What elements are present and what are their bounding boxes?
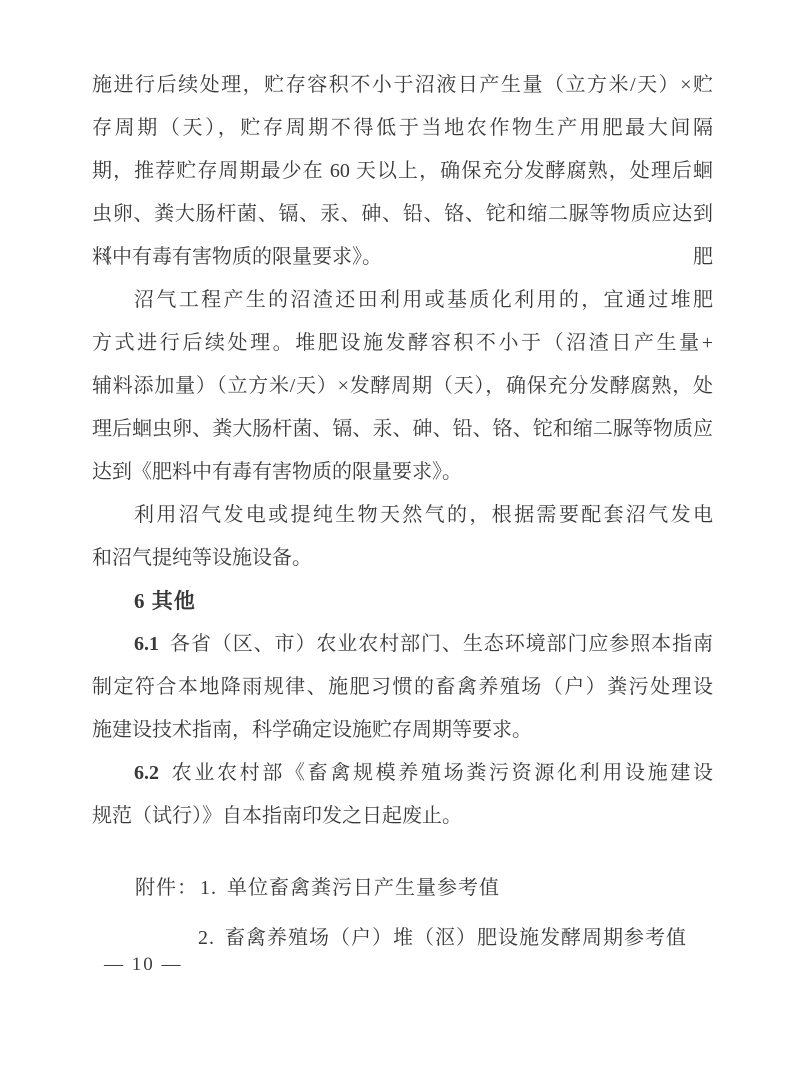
paragraph-biogas-residue: 沼气工程产生的沼渣还田利用或基质化利用的，宜通过堆肥 方式进行后续处理。堆肥设施… bbox=[92, 279, 713, 494]
attachment-number: 1. bbox=[200, 877, 217, 899]
section-6-1: 6.1各省（区、市）农业农村部门、生态环境部门应参照本指南 制定符合本地降雨规律… bbox=[92, 623, 713, 752]
vertical-spacer bbox=[92, 838, 713, 863]
attachments-block: 附件：1.单位畜禽粪污日产生量参考值 2.畜禽养殖场（户）堆（沤）肥设施发酵周期… bbox=[92, 863, 713, 963]
section-text: 各省（区、市）农业农村部门、生态环境部门应参照本指南 bbox=[169, 633, 713, 655]
attachments-label: 附件： bbox=[135, 877, 198, 899]
attachment-text: 单位畜禽粪污日产生量参考值 bbox=[227, 877, 500, 899]
text-line: 和沼气提纯等设施设备。 bbox=[92, 537, 713, 580]
section-6-2: 6.2农业农村部《畜禽规模养殖场粪污资源化利用设施建设 规范（试行）》自本指南印… bbox=[92, 752, 713, 838]
text-line: 施进行后续处理，贮存容积不小于沼液日产生量（立方米/天）×贮 bbox=[92, 64, 713, 107]
text-line: 存周期（天），贮存周期不得低于当地农作物生产用肥最大间隔 bbox=[92, 107, 713, 150]
text-line: 制定符合本地降雨规律、施肥习惯的畜禽养殖场（户）粪污处理设 bbox=[92, 666, 713, 709]
text-line: 规范（试行）》自本指南印发之日起废止。 bbox=[92, 795, 713, 838]
text-line: 利用沼气发电或提纯生物天然气的，根据需要配套沼气发电 bbox=[92, 494, 713, 537]
text-line: 6.1各省（区、市）农业农村部门、生态环境部门应参照本指南 bbox=[92, 623, 713, 666]
attachment-item-1: 附件：1.单位畜禽粪污日产生量参考值 bbox=[92, 863, 713, 913]
text-line: 理后蛔虫卵、粪大肠杆菌、镉、汞、砷、铅、铬、铊和缩二脲等物质应 bbox=[92, 408, 713, 451]
text-line: 达到《肥料中有毒有害物质的限量要求》。 bbox=[92, 451, 713, 494]
text-line: 方式进行后续处理。堆肥设施发酵容积不小于（沼渣日产生量+ bbox=[92, 322, 713, 365]
attachment-item-2: 2.畜禽养殖场（户）堆（沤）肥设施发酵周期参考值 bbox=[92, 913, 713, 963]
text-line: 沼气工程产生的沼渣还田利用或基质化利用的，宜通过堆肥 bbox=[92, 279, 713, 322]
text-line: 6.2农业农村部《畜禽规模养殖场粪污资源化利用设施建设 bbox=[92, 752, 713, 795]
document-page: 施进行后续处理，贮存容积不小于沼液日产生量（立方米/天）×贮 存周期（天），贮存… bbox=[0, 0, 800, 1065]
section-number: 6.1 bbox=[134, 633, 159, 655]
text-line: 期，推荐贮存周期最少在 60 天以上，确保充分发酵腐熟，处理后蛔 bbox=[92, 150, 713, 193]
document-body: 施进行后续处理，贮存容积不小于沼液日产生量（立方米/天）×贮 存周期（天），贮存… bbox=[92, 64, 713, 963]
page-number: — 10 — bbox=[104, 950, 183, 980]
attachment-text: 畜禽养殖场（户）堆（沤）肥设施发酵周期参考值 bbox=[225, 927, 687, 949]
paragraph-liquid-storage: 施进行后续处理，贮存容积不小于沼液日产生量（立方米/天）×贮 存周期（天），贮存… bbox=[92, 64, 713, 279]
section-text: 农业农村部《畜禽规模养殖场粪污资源化利用设施建设 bbox=[169, 762, 713, 784]
section-heading-6: 6 其他 bbox=[92, 580, 713, 623]
text-line: 辅料添加量）（立方米/天）×发酵周期（天），确保充分发酵腐熟，处 bbox=[92, 365, 713, 408]
text-line: 虫卵、粪大肠杆菌、镉、汞、砷、铅、铬、铊和缩二脲等物质应达到《肥 bbox=[92, 193, 713, 236]
text-line: 施建设技术指南，科学确定设施贮存周期等要求。 bbox=[92, 709, 713, 752]
attachment-number: 2. bbox=[198, 927, 215, 949]
paragraph-biogas-power: 利用沼气发电或提纯生物天然气的，根据需要配套沼气发电 和沼气提纯等设施设备。 bbox=[92, 494, 713, 580]
section-number: 6.2 bbox=[134, 762, 159, 784]
